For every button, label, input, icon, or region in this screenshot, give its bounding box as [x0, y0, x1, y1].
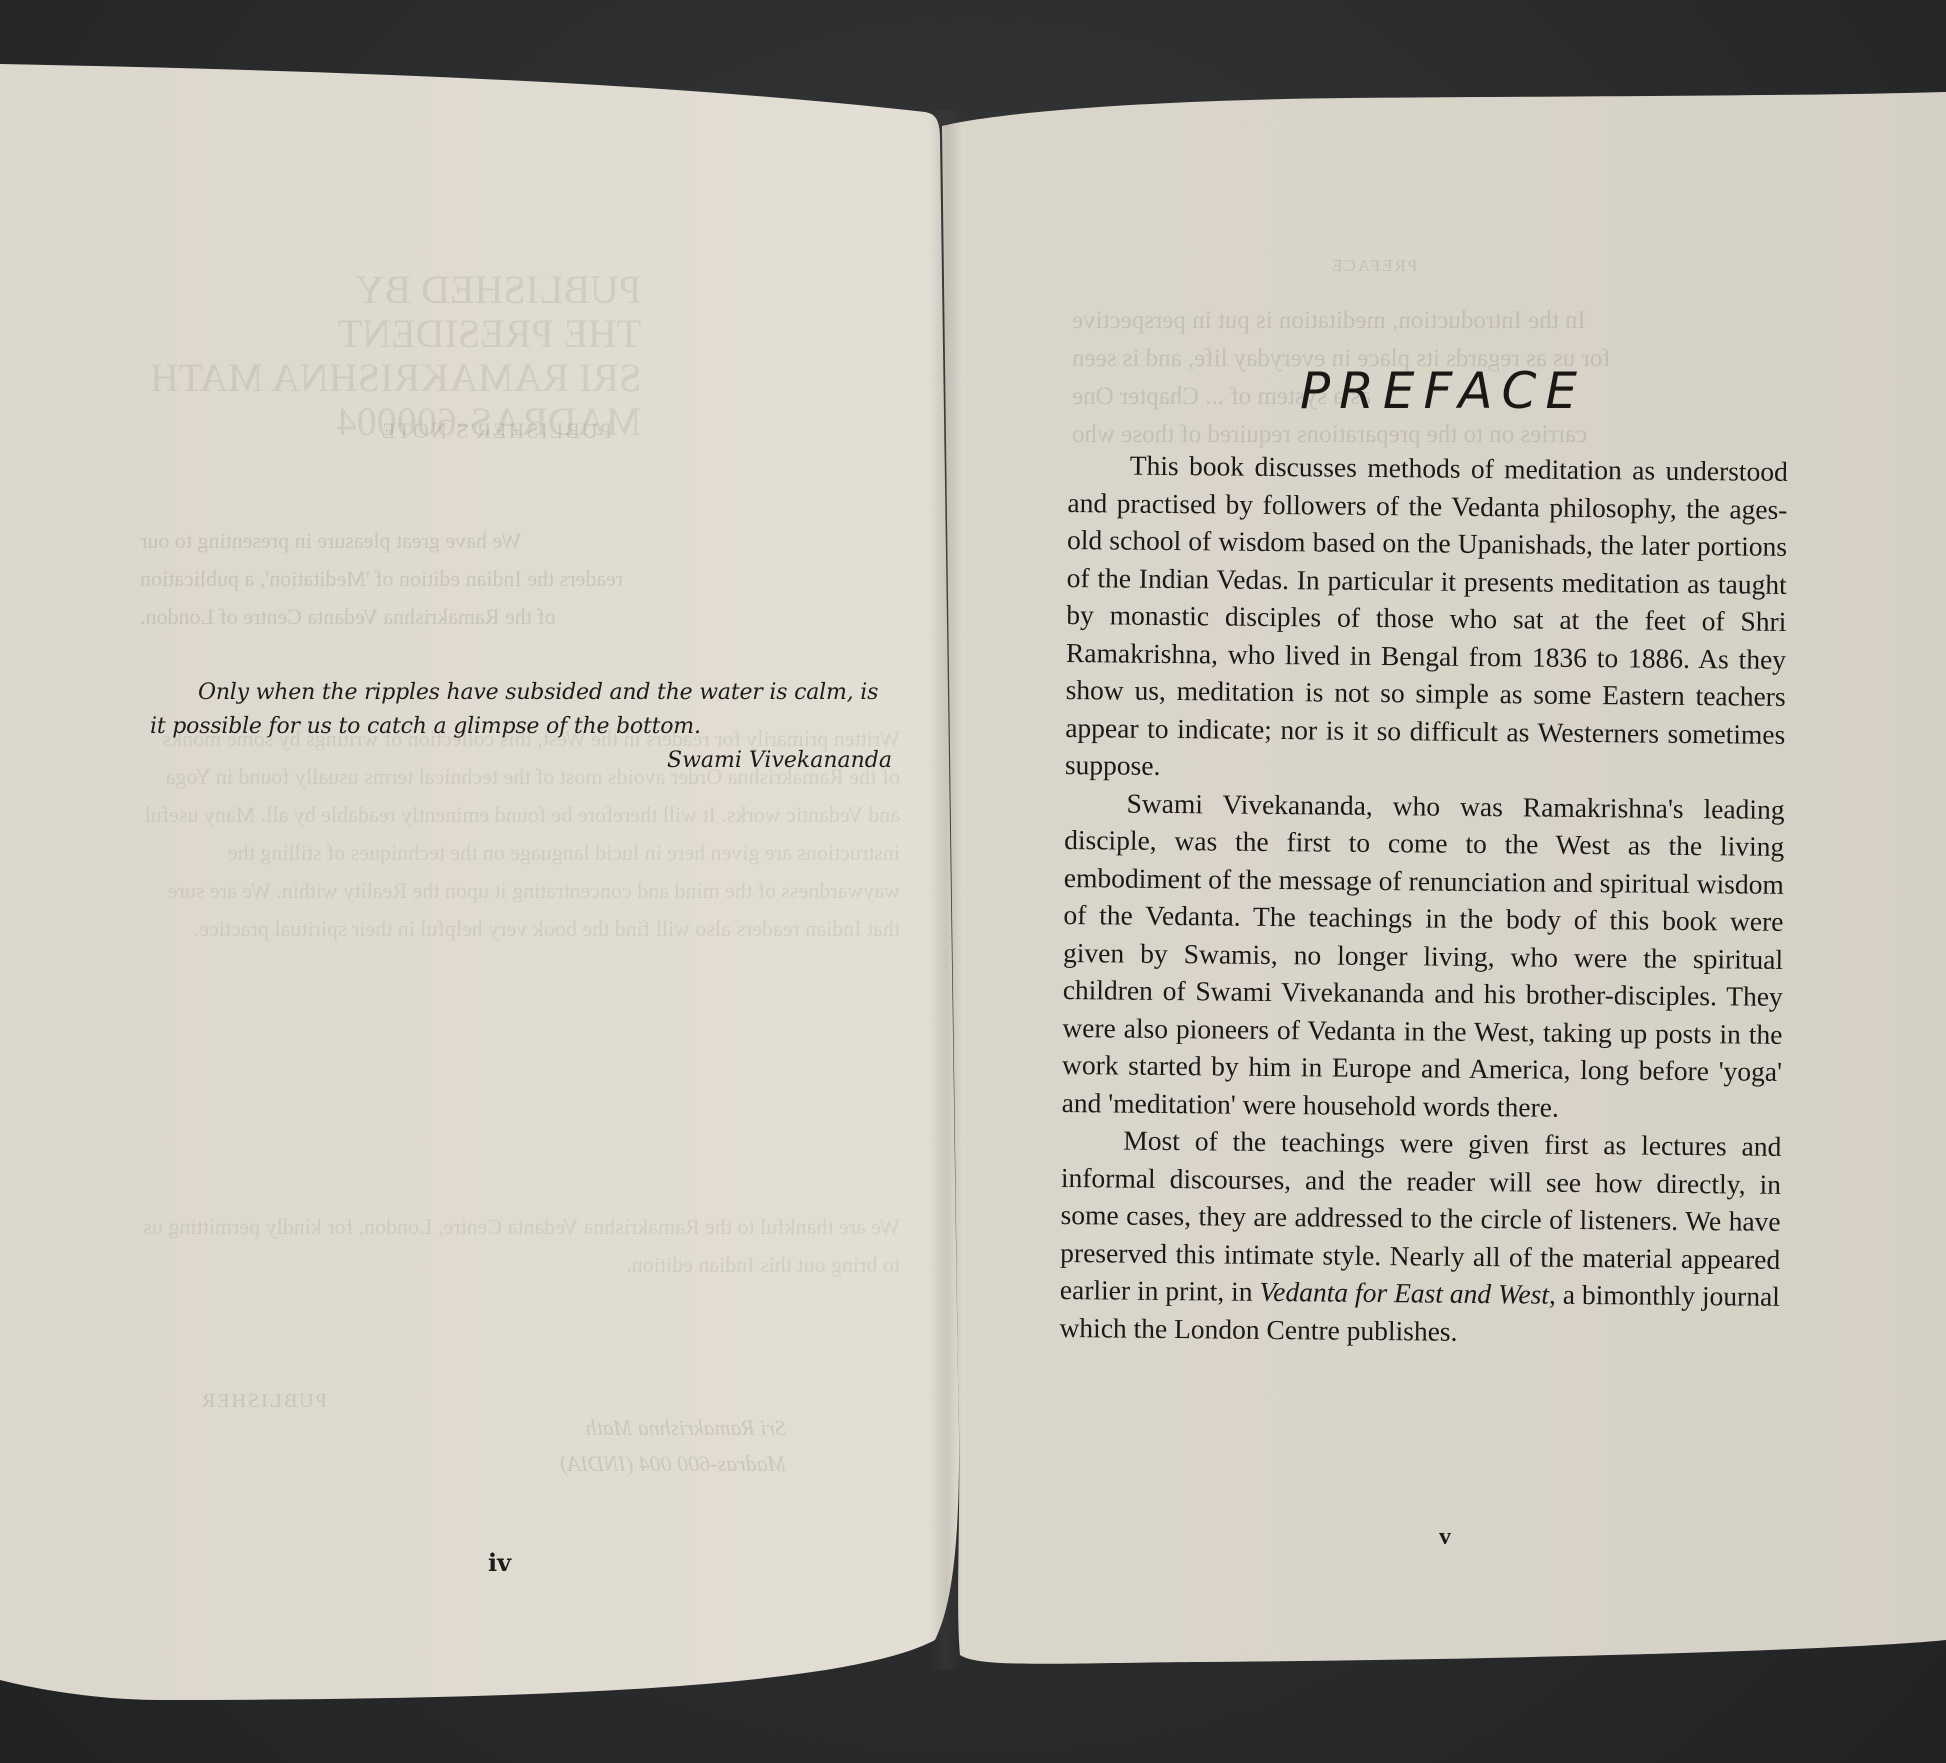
show-through-line: of the Ramakrishna Vedanta Centre of Lon… [140, 598, 556, 636]
show-through-line: readers the Indian edition of 'Meditatio… [140, 560, 623, 598]
show-through-line: In the Introduction, meditation is put i… [1072, 302, 1586, 340]
show-through-running-head: PREFACE [1330, 256, 1417, 276]
paragraph: Most of the teachings were given first a… [1059, 1121, 1781, 1353]
epigraph-quote: Only when the ripples have subsided and … [150, 676, 895, 744]
paragraph: This book discusses methods of meditatio… [1065, 446, 1788, 790]
preface-body: This book discusses methods of meditatio… [1059, 446, 1788, 1353]
journal-title: Vedanta for East and West [1259, 1276, 1549, 1310]
show-through-line: We have great pleasure in presenting to … [140, 522, 521, 560]
epigraph-attribution: Swami Vivekananda [150, 744, 892, 778]
show-through-publisher-block: PUBLISHED BY THE PRESIDENT SRI RAMAKRISH… [150, 268, 641, 444]
page-title: PREFACE [1300, 362, 1586, 420]
epigraph-line: it possible for us to catch a glimpse of… [150, 710, 895, 744]
epigraph-line: Only when the ripples have subsided and … [150, 676, 895, 710]
show-through-paragraph: We are thankful to the Ramakrishna Vedan… [140, 1208, 900, 1284]
paragraph: Swami Vivekananda, who was Ramakrishna's… [1062, 783, 1785, 1127]
show-through-heading: PUBLISHER'S NOTE [380, 418, 612, 444]
page-number-right: v [1439, 1524, 1451, 1551]
show-through-signature: PUBLISHER [200, 1390, 327, 1413]
page-number-left: iv [488, 1548, 511, 1577]
show-through-address: Sri Ramakrishna Math Madras-600 004 (IND… [560, 1410, 786, 1482]
